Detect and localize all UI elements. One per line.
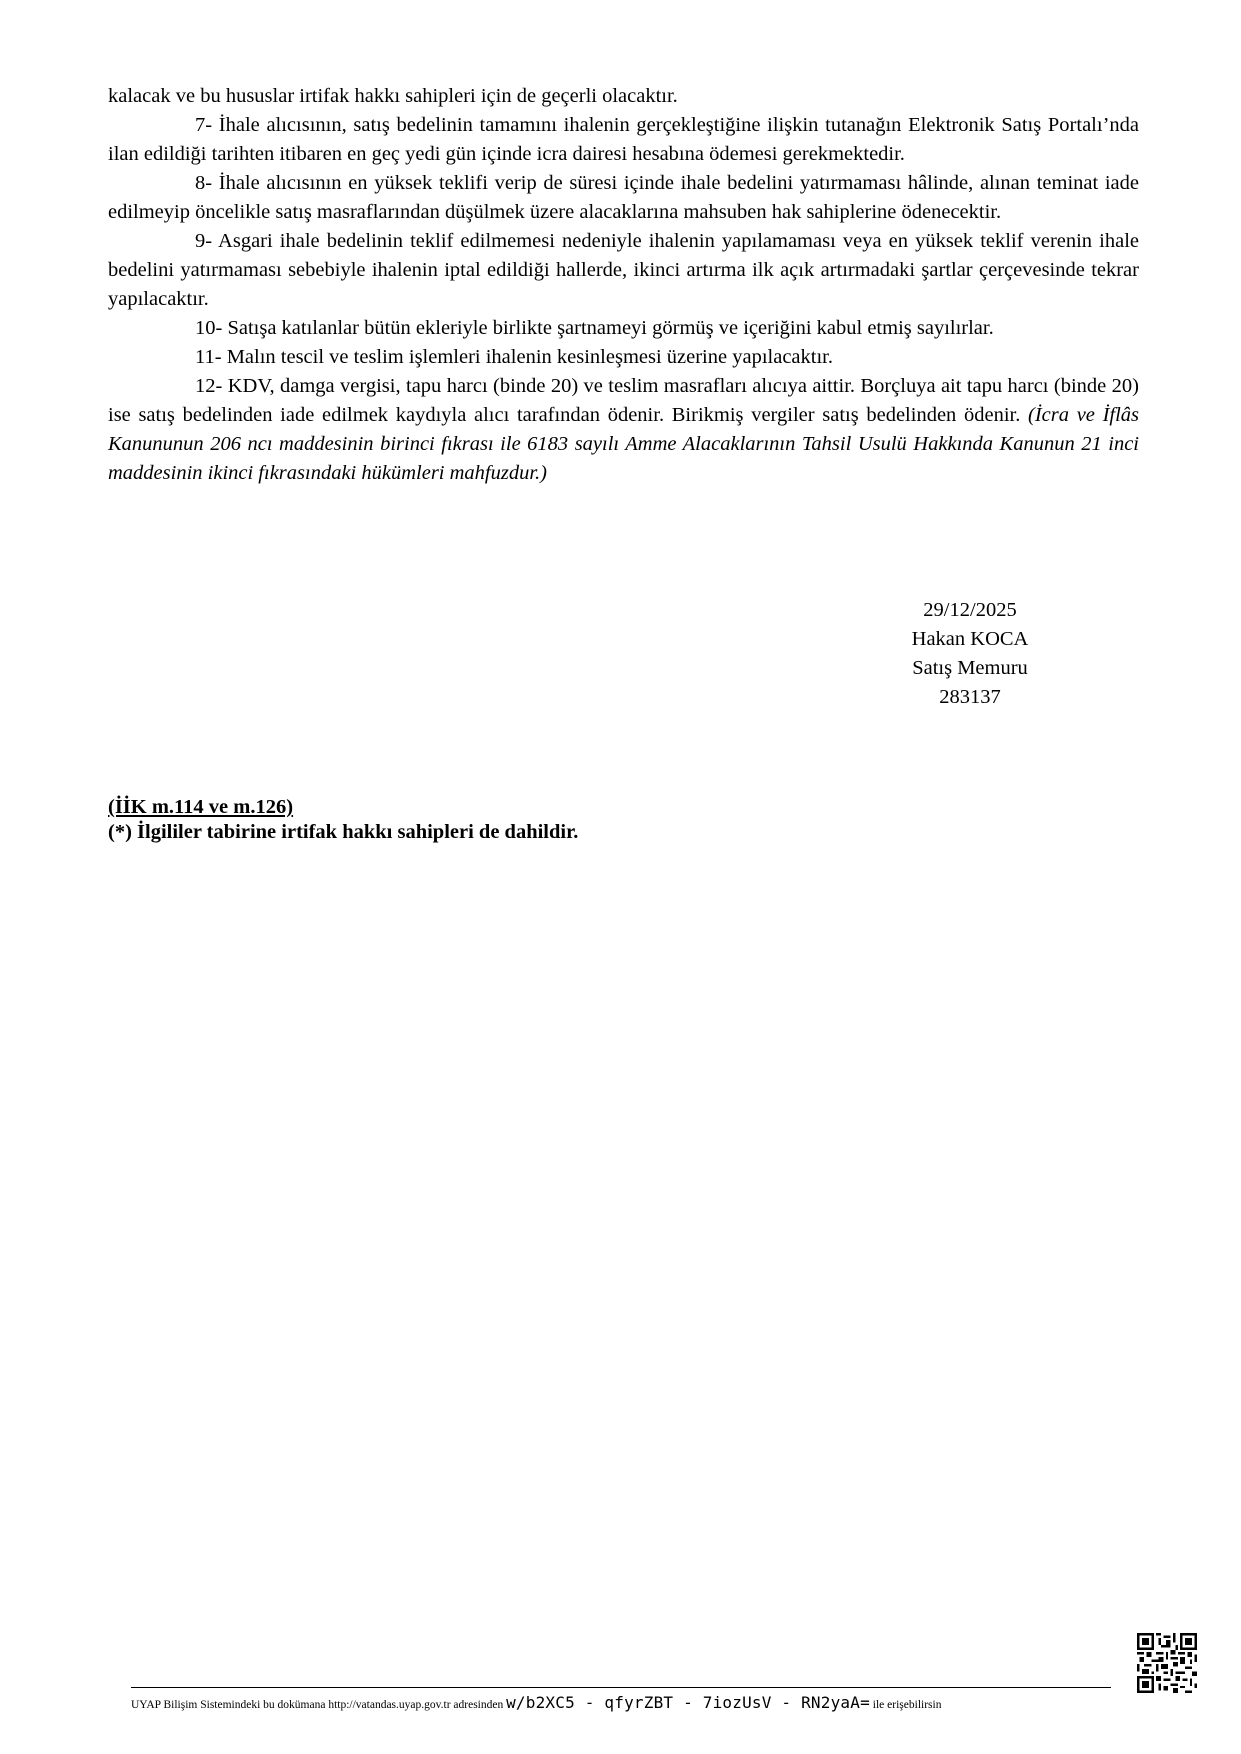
signature-id: 283137 [870,683,1070,712]
document-body: kalacak ve bu hususlar irtifak hakkı sah… [108,82,1139,488]
footer-prefix: UYAP Bilişim Sistemindeki bu dokümana ht… [131,1699,503,1711]
signature-name: Hakan KOCA [870,625,1070,654]
paragraph-12: 12- KDV, damga vergisi, tapu harcı (bind… [108,372,1139,488]
paragraph-12-text: 12- KDV, damga vergisi, tapu harcı (bind… [108,375,1139,426]
signature-title: Satış Memuru [870,654,1070,683]
signature-date: 29/12/2025 [870,596,1070,625]
law-reference: (İİK m.114 ve m.126) [108,795,808,820]
paragraph-9: 9- Asgari ihale bedelinin teklif edilmem… [108,227,1139,314]
paragraph-8: 8- İhale alıcısının en yüksek teklifi ve… [108,169,1139,227]
footnote: (*) İlgililer tabirine irtifak hakkı sah… [108,820,808,845]
paragraph-10: 10- Satışa katılanlar bütün ekleriyle bi… [108,314,1139,343]
footer: UYAP Bilişim Sistemindeki bu dokümana ht… [131,1693,1131,1715]
footer-suffix: ile erişebilirsin [873,1699,942,1711]
paragraph-7: 7- İhale alıcısının, satış bedelinin tam… [108,111,1139,169]
qr-code-icon [1137,1633,1197,1693]
paragraph-continuation: kalacak ve bu hususlar irtifak hakkı sah… [108,82,1139,111]
footer-divider [131,1687,1111,1688]
notes-block: (İİK m.114 ve m.126) (*) İlgililer tabir… [108,795,808,845]
document-page: kalacak ve bu hususlar irtifak hakkı sah… [0,0,1241,1754]
signature-block: 29/12/2025 Hakan KOCA Satış Memuru 28313… [870,596,1070,712]
verification-code: w/b2XC5 - qfyrZBT - 7iozUsV - RN2yaA= [506,1693,870,1712]
paragraph-11: 11- Malın tescil ve teslim işlemleri iha… [108,343,1139,372]
